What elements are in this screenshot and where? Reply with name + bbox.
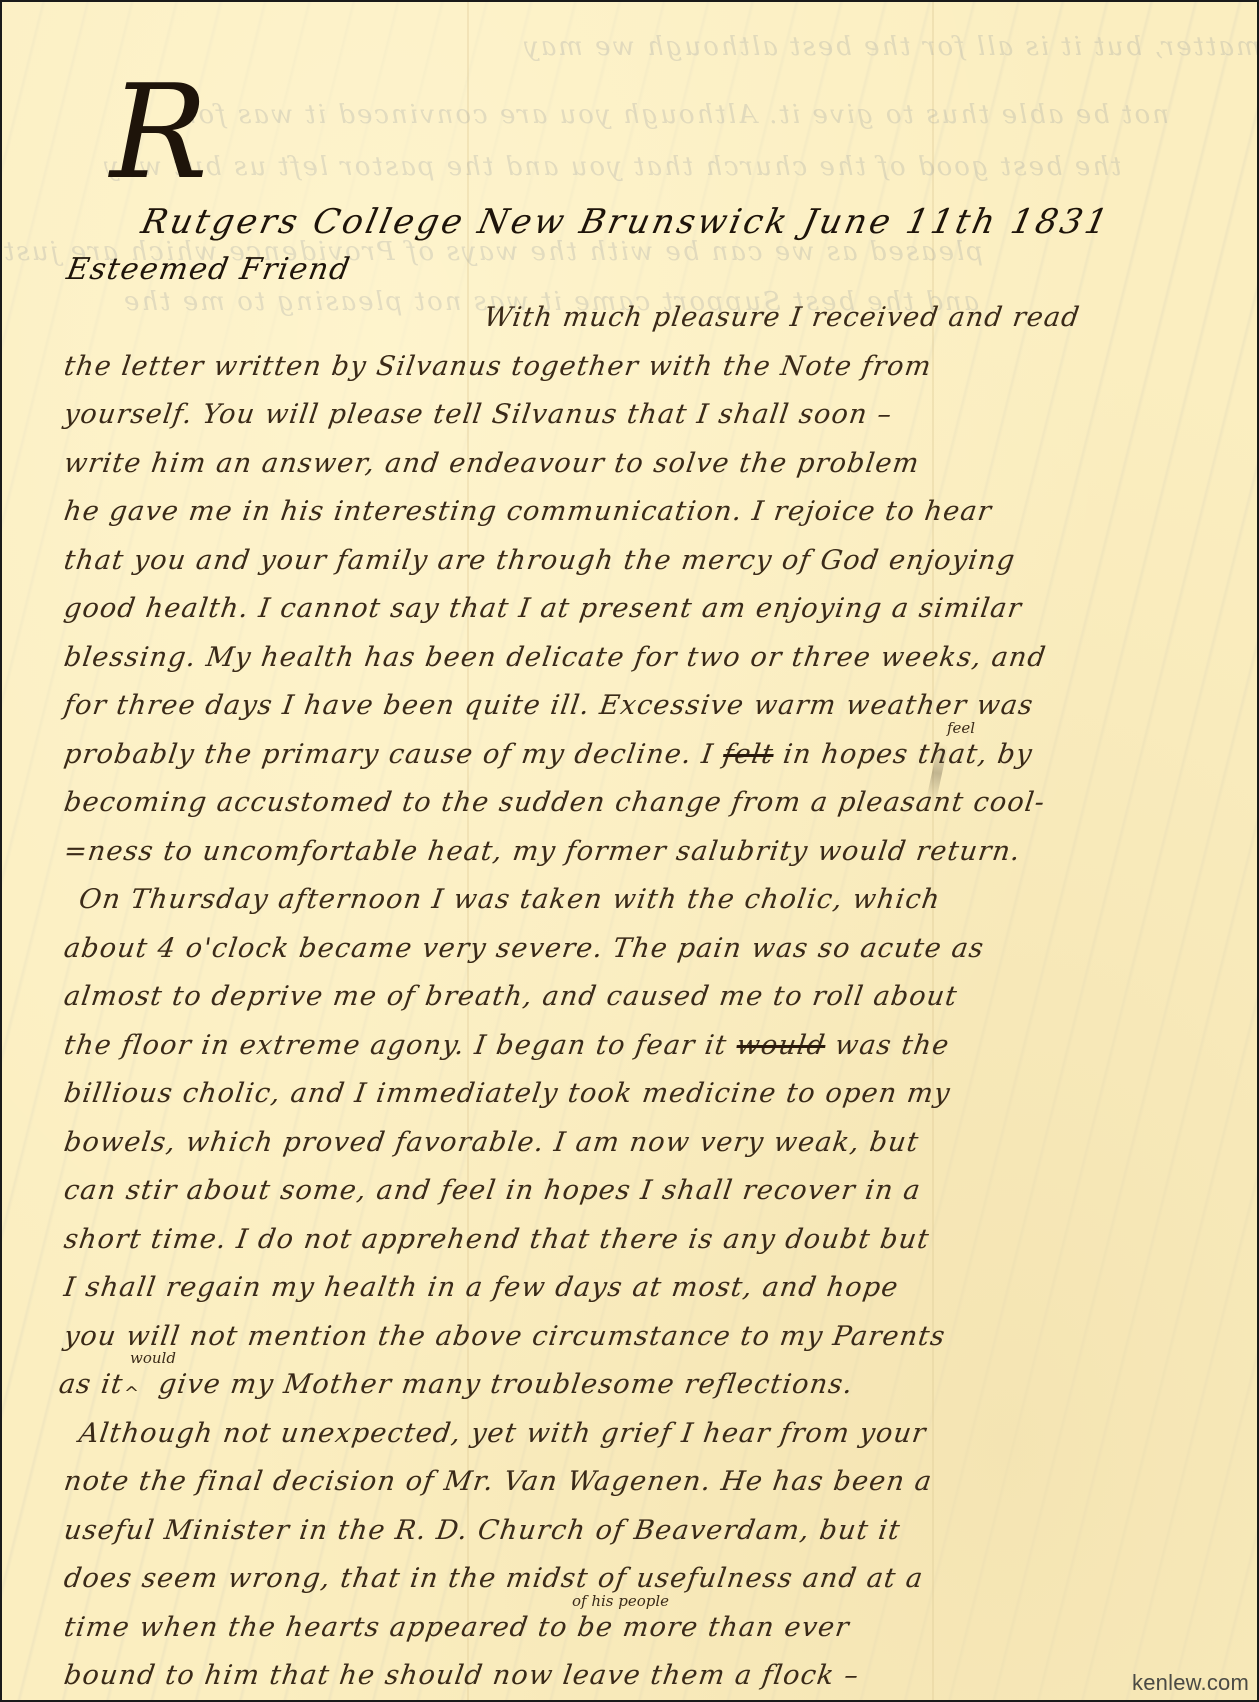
letter-line: good health. I cannot say that I at pres… [62,593,1024,624]
line-text: the floor in extreme agony. I began to f… [62,1030,739,1061]
letter-line: almost to deprive me of breath, and caus… [62,981,960,1012]
line-text: give my Mother many troublesome reflecti… [157,1369,856,1400]
letter-page: without no matter, but it is all for the… [2,2,1257,1700]
letter-line: does seem wrong, that in the midst of us… [62,1563,926,1594]
letter-line: short time. I do not apprehend that ther… [62,1224,932,1255]
line-text: appeared to be more than ever [388,1612,852,1643]
letter-line: the letter written by Silvanus together … [62,351,934,382]
dateline: Rutgers College New Brunswick June 11th … [138,202,1114,242]
letter-line: you will not mention the above circumsta… [62,1321,948,1352]
letter-line: about 4 o'clock became very severe. The … [62,933,986,964]
letter-line: billious cholic, and I immediately took … [62,1078,953,1109]
letter-line: Although not unexpected, yet with grief … [77,1418,929,1449]
letter-line: I shall regain my health in a few days a… [62,1272,901,1303]
letter-line: can stir about some, and feel in hopes I… [62,1175,923,1206]
line-text: time when the hearts [62,1612,392,1643]
struck-word: would [735,1030,828,1061]
struck-word: felt [721,739,776,770]
salutation: Esteemed Friend [64,252,354,287]
letter-line: write him an answer, and endeavour to so… [62,448,922,479]
bleed-through-text: without no matter, but it is all for the… [522,32,1257,62]
letter-line: probably the primary cause of my decline… [62,739,1035,770]
letter-line: note the final decision of Mr. Van Wagen… [62,1466,934,1497]
letter-line: the floor in extreme agony. I began to f… [62,1030,952,1061]
letter-line: bowels, which proved favorable. I am now… [62,1127,921,1158]
letter-line: =ness to uncomfortable heat, my former s… [62,836,1023,867]
letter-line: becoming accustomed to the sudden change… [62,787,1047,818]
letter-line: useful Minister in the R. D. Church of B… [62,1515,903,1546]
letter-line: he gave me in his interesting communicat… [62,496,994,527]
line-text: in hopes that, by [771,739,1034,770]
line-text: probably the primary cause of my decline… [62,739,726,770]
watermark: kenlew.com [1132,1670,1249,1696]
letter-line: bound to him that he should now leave th… [62,1660,861,1691]
insertion-above-line: would [130,1349,176,1367]
insertion-above-line: feel [947,719,975,737]
letter-line: as it give my Mother many troublesome re… [57,1369,855,1400]
heading-flourish: R [110,67,208,197]
letter-line: yourself. You will please tell Silvanus … [62,399,894,430]
letter-line: On Thursday afternoon I was taken with t… [77,884,943,915]
bleed-through-text: not be able thus to give it. Although yo… [182,100,1169,130]
letter-line: With much pleasure I received and read [482,302,1082,333]
letter-line: that you and your family are through the… [62,545,1017,576]
bleed-through-text: the best good of the church that you and… [102,152,1121,182]
insertion-above-line: of his people [572,1592,669,1610]
letter-line: for three days I have been quite ill. Ex… [62,690,1036,721]
letter-line: time when the hearts appeared to be more… [62,1612,852,1643]
line-text: was the [823,1030,951,1061]
line-text: as it [57,1369,135,1400]
letter-line: blessing. My health has been delicate fo… [62,642,1048,673]
